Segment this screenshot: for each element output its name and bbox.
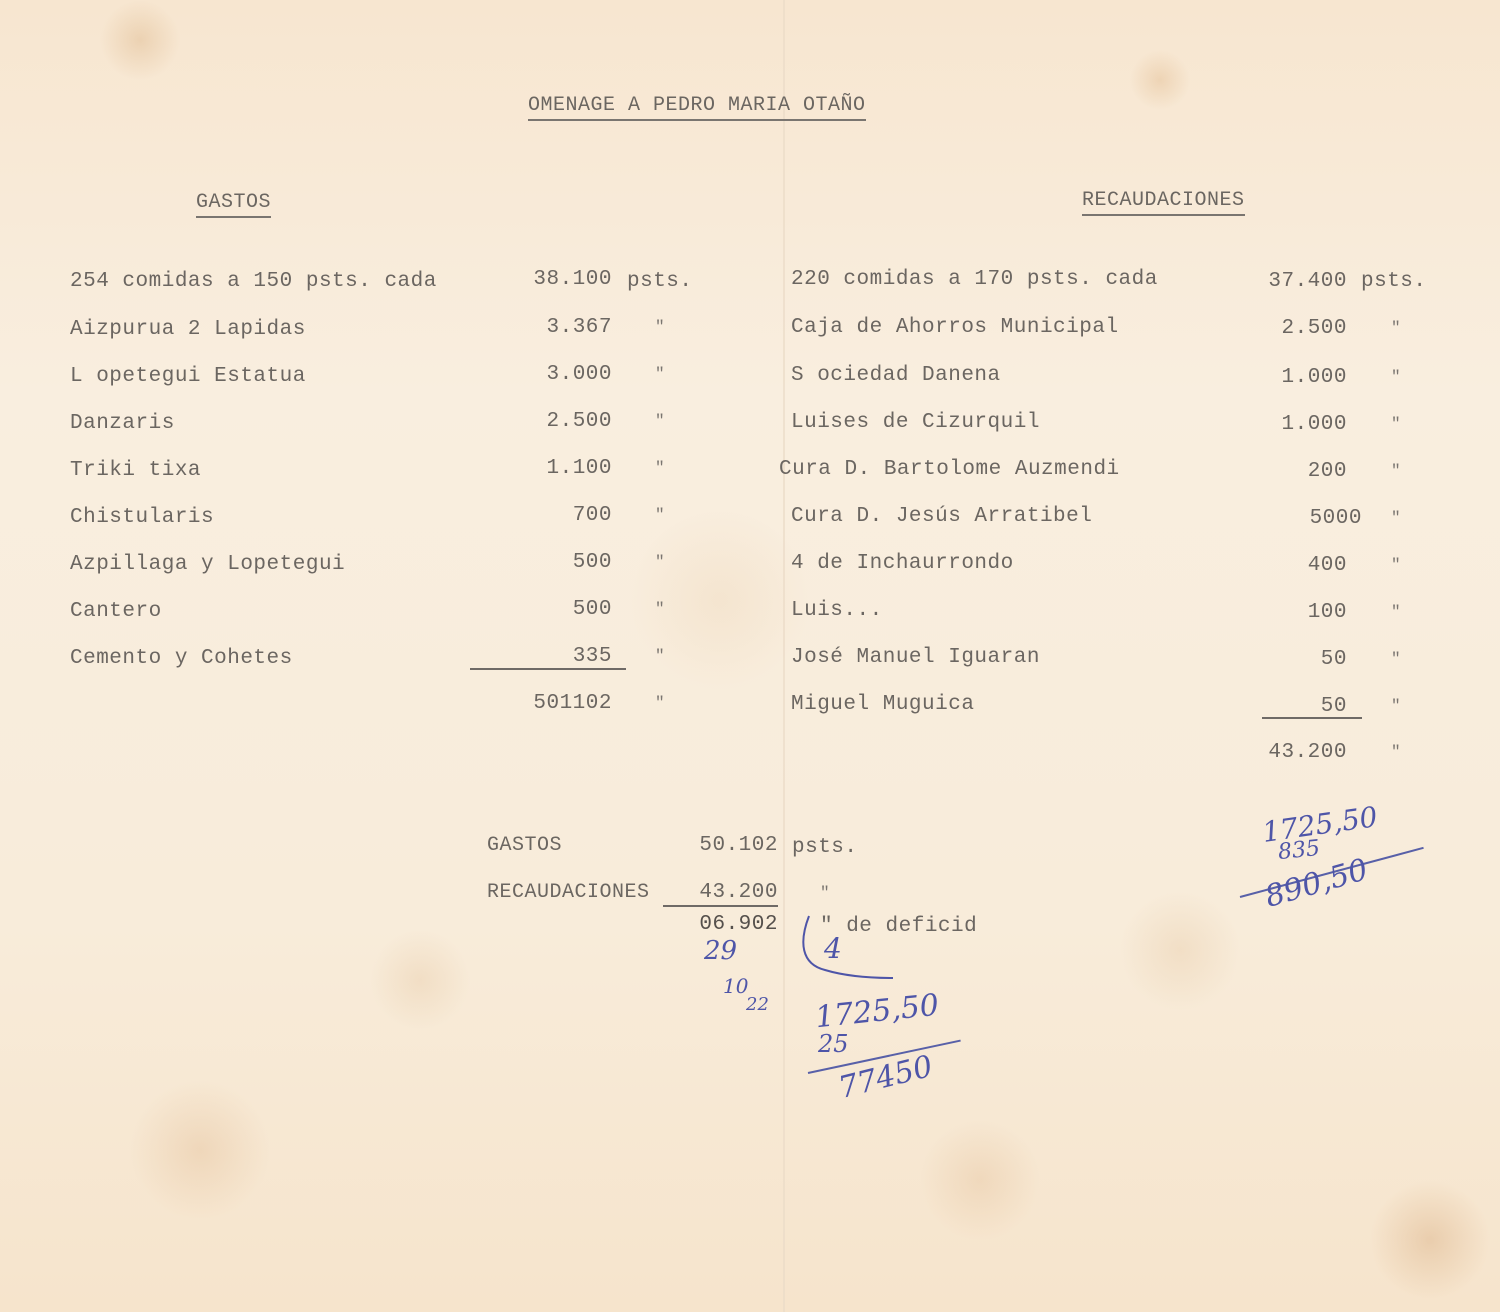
ditto-mark: " <box>1391 556 1401 574</box>
handwritten-number: 25 <box>818 1030 849 1058</box>
gastos-item-label: Danzaris <box>70 412 175 435</box>
gastos-item-label: Azpillaga y Lopetegui <box>70 553 345 576</box>
handwritten-number: 10 <box>723 974 748 998</box>
summary-deficit-value: 06.902 <box>680 913 778 936</box>
ditto-mark: " <box>655 553 665 571</box>
handwritten-number: 835 <box>1277 836 1321 865</box>
recaudaciones-unit: psts. <box>1361 270 1427 293</box>
recaudaciones-item-label: Cura D. Bartolome Auzmendi <box>779 458 1120 481</box>
summary-gastos-label: GASTOS <box>487 834 562 857</box>
gastos-item-amount: 500 <box>500 598 612 621</box>
ditto-mark: " <box>1391 368 1401 386</box>
ditto-mark: " <box>655 459 665 477</box>
gastos-item-label: Aizpurua 2 Lapidas <box>70 318 306 341</box>
ditto-mark: " <box>1391 415 1401 433</box>
gastos-item-label: L opetegui Estatua <box>70 365 306 388</box>
ditto-mark: " <box>655 600 665 618</box>
gastos-item-label: Triki tixa <box>70 459 201 482</box>
summary-gastos-value: 50.102 <box>680 834 778 857</box>
gastos-item-amount: 3.000 <box>500 363 612 386</box>
gastos-unit: psts. <box>627 270 693 293</box>
ditto-mark: " <box>1391 319 1401 337</box>
ditto-mark: " <box>1391 462 1401 480</box>
recaudaciones-item-amount: 37.400 <box>1240 270 1347 293</box>
ditto-mark: " <box>655 647 665 665</box>
recaudaciones-item-amount: 50 <box>1240 695 1347 718</box>
gastos-item-label: Cantero <box>70 600 162 623</box>
recaudaciones-item-label: Cura D. Jesús Arratibel <box>791 505 1092 528</box>
summary-recaudaciones-label: RECAUDACIONES <box>487 881 650 904</box>
ditto-mark: " <box>1391 509 1401 527</box>
recaudaciones-heading: RECAUDACIONES <box>1082 189 1245 216</box>
gastos-item-amount: 2.500 <box>500 410 612 433</box>
summary-sum-line <box>663 905 778 907</box>
recaudaciones-item-amount: 1.000 <box>1240 413 1347 436</box>
gastos-sum-line <box>470 668 626 670</box>
ditto-mark: " <box>1391 697 1401 715</box>
handwritten-bracket-icon <box>795 912 895 984</box>
gastos-item-amount: 500 <box>500 551 612 574</box>
summary-recaudaciones-value: 43.200 <box>680 881 778 904</box>
recaudaciones-sum-line <box>1262 717 1362 719</box>
gastos-item-amount: 38.100 <box>500 268 612 291</box>
gastos-item-amount: 3.367 <box>500 316 612 339</box>
ditto-mark: " <box>655 506 665 524</box>
recaudaciones-total: 43.200 <box>1240 741 1347 764</box>
gastos-item-amount: 335 <box>500 645 612 668</box>
gastos-item-amount: 1.100 <box>500 457 612 480</box>
paper-fold <box>783 0 785 1312</box>
recaudaciones-item-amount: 200 <box>1240 460 1347 483</box>
handwritten-number: 29 <box>704 936 737 966</box>
ditto-mark: " <box>655 365 665 383</box>
recaudaciones-item-amount: 2.500 <box>1240 317 1347 340</box>
recaudaciones-item-label: 4 de Inchaurrondo <box>791 552 1014 575</box>
ditto-mark: " <box>1391 603 1401 621</box>
gastos-item-label: 254 comidas a 150 psts. cada <box>70 270 437 293</box>
recaudaciones-item-label: S ociedad Danena <box>791 364 1001 387</box>
ditto-mark: " <box>820 884 830 902</box>
document-title: OMENAGE A PEDRO MARIA OTAÑO <box>528 94 866 121</box>
recaudaciones-item-amount: 400 <box>1240 554 1347 577</box>
recaudaciones-item-label: Luis... <box>791 599 883 622</box>
recaudaciones-item-amount: 100 <box>1240 601 1347 624</box>
recaudaciones-item-amount: 50 <box>1240 648 1347 671</box>
ditto-mark: " <box>1391 743 1401 761</box>
recaudaciones-item-amount: 5000 <box>1240 507 1362 530</box>
recaudaciones-item-label: José Manuel Iguaran <box>791 646 1040 669</box>
summary-gastos-unit: psts. <box>792 836 858 859</box>
ditto-mark: " <box>655 412 665 430</box>
ditto-mark: " <box>655 694 665 712</box>
ditto-mark: " <box>655 318 665 336</box>
recaudaciones-item-label: 220 comidas a 170 psts. cada <box>791 268 1158 291</box>
recaudaciones-item-label: Caja de Ahorros Municipal <box>791 316 1119 339</box>
gastos-item-amount: 700 <box>500 504 612 527</box>
gastos-total: 501102 <box>500 692 612 715</box>
ditto-mark: " <box>1391 650 1401 668</box>
recaudaciones-item-label: Luises de Cizurquil <box>791 411 1040 434</box>
recaudaciones-item-label: Miguel Muguica <box>791 693 974 716</box>
gastos-item-label: Cemento y Cohetes <box>70 647 293 670</box>
handwritten-number: 22 <box>746 994 769 1015</box>
gastos-item-label: Chistularis <box>70 506 214 529</box>
gastos-heading: GASTOS <box>196 191 271 218</box>
recaudaciones-item-amount: 1.000 <box>1240 366 1347 389</box>
